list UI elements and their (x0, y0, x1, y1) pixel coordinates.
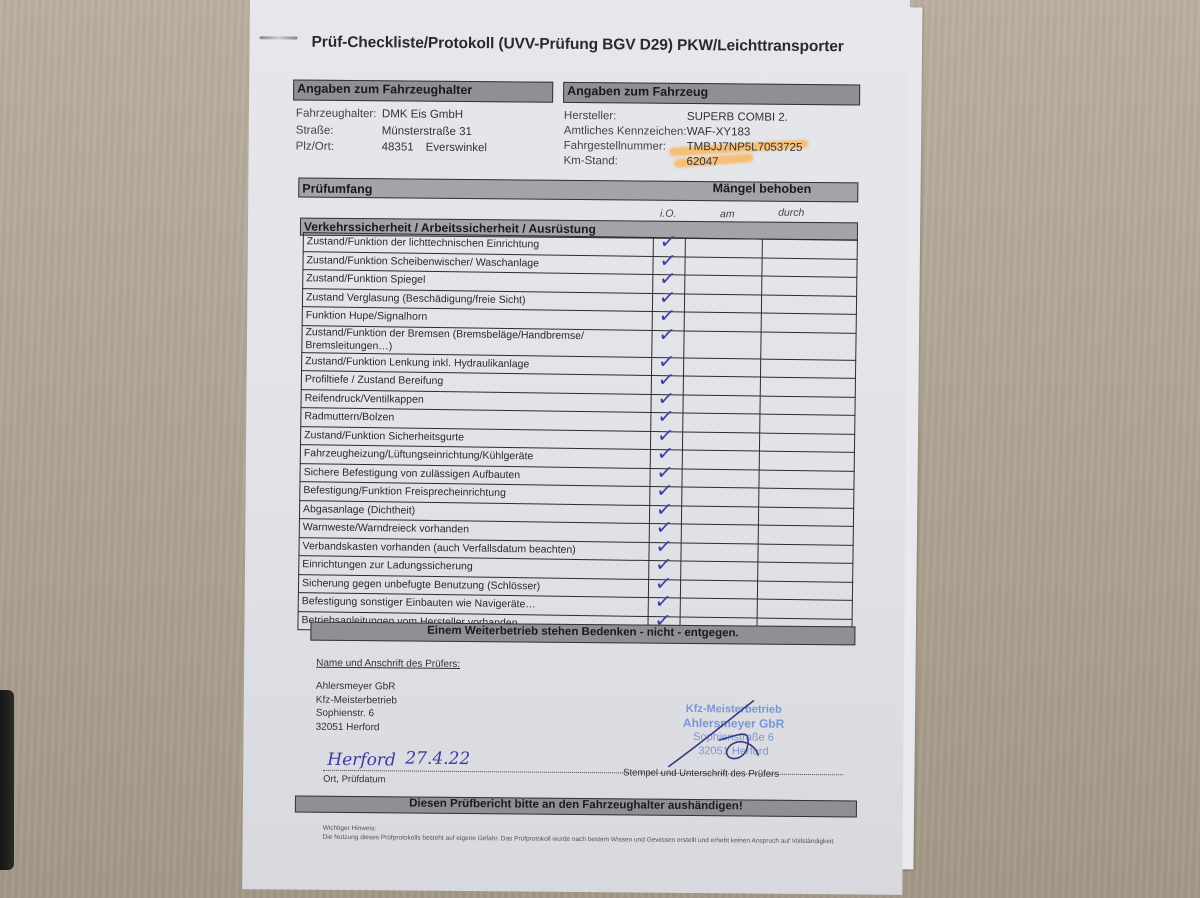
fixed-on-cell[interactable] (684, 312, 761, 332)
fixed-by-cell[interactable] (757, 599, 852, 619)
handwritten-place: Herford (327, 750, 396, 771)
mileage-field: Km-Stand:62047 (563, 155, 718, 168)
fixed-by-cell[interactable] (759, 488, 854, 508)
fixed-by-cell[interactable] (758, 525, 853, 545)
fixed-on-cell[interactable] (685, 275, 762, 295)
fixed-by-cell[interactable] (762, 295, 857, 315)
signature-scribble (658, 695, 779, 776)
license-plate-field: Amtliches Kennzeichen:WAF-XY183 (564, 125, 751, 139)
fixed-by-cell[interactable] (759, 507, 854, 527)
fixed-by-cell[interactable] (760, 451, 855, 471)
scope-heading-bar: Prüfumfang Mängel behoben (298, 178, 858, 203)
dark-object-edge (0, 690, 14, 870)
fixed-by-cell[interactable] (762, 239, 857, 259)
place-date-label: Ort, Prüfdatum (323, 774, 385, 786)
fixed-on-cell[interactable] (685, 256, 762, 276)
fixed-on-cell[interactable] (681, 542, 758, 562)
checklist-table: Zustand/Funktion der lichttechnischen Ei… (297, 232, 858, 638)
col-am: am (720, 208, 735, 220)
fixed-on-cell[interactable] (681, 579, 758, 599)
inspection-checklist-sheet: Prüf-Checkliste/Protokoll (UVV-Prüfung B… (242, 0, 910, 895)
fixed-on-cell[interactable] (683, 431, 760, 451)
signature-label: Stempel und Unterschrift des Prüfers (623, 767, 779, 779)
fixed-on-cell[interactable] (682, 468, 759, 488)
footnote: Wichtiger Hinweis: Die Nutzung dieses Pr… (323, 824, 853, 847)
handwritten-date: 27.4.22 (405, 749, 470, 770)
inspector-heading: Name und Anschrift des Prüfers: (316, 658, 460, 670)
fixed-on-cell[interactable] (682, 505, 759, 525)
col-durch: durch (778, 207, 804, 219)
fixed-on-cell[interactable] (682, 450, 759, 470)
fixed-on-cell[interactable] (682, 487, 759, 507)
checklist-item-label: Zustand/Funktion der Bremsen (Bremsbeläg… (302, 325, 652, 357)
holder-field: Fahrzeughalter:DMK Eis GmbH (296, 108, 463, 121)
fixed-by-cell[interactable] (758, 581, 853, 601)
holder-section-heading: Angaben zum Fahrzeughalter (293, 80, 553, 103)
fixed-by-cell[interactable] (761, 377, 856, 397)
checkmark-icon: ✓ (658, 327, 676, 342)
manufacturer-field: Hersteller:SUPERB COMBI 2. (564, 110, 788, 124)
staple-icon (260, 36, 298, 39)
fixed-by-cell[interactable] (762, 258, 857, 278)
fixed-by-cell[interactable] (759, 470, 854, 490)
fixed-on-cell[interactable] (685, 238, 762, 258)
defects-fixed-heading: Mängel behoben (713, 181, 812, 196)
fixed-by-cell[interactable] (761, 332, 856, 360)
vehicle-section-heading: Angaben zum Fahrzeug (563, 82, 860, 106)
fixed-on-cell[interactable] (683, 394, 760, 414)
fixed-by-cell[interactable] (760, 414, 855, 434)
fixed-on-cell[interactable] (685, 293, 762, 313)
fixed-by-cell[interactable] (761, 313, 856, 333)
verdict-bar: Einem Weiterbetrieb stehen Bedenken - ni… (310, 622, 855, 646)
fixed-on-cell[interactable] (684, 357, 761, 377)
zip-city-field: Plz/Ort:48351Everswinkel (296, 141, 487, 155)
street-field: Straße:Münsterstraße 31 (296, 125, 472, 139)
fixed-by-cell[interactable] (760, 396, 855, 416)
fixed-by-cell[interactable] (758, 562, 853, 582)
fixed-by-cell[interactable] (762, 276, 857, 296)
fixed-by-cell[interactable] (761, 359, 856, 379)
fixed-by-cell[interactable] (758, 544, 853, 564)
handover-notice-bar: Diesen Prüfbericht bitte an den Fahrzeug… (295, 796, 857, 818)
col-io: i.O. (660, 208, 676, 220)
fixed-on-cell[interactable] (681, 524, 758, 544)
fixed-on-cell[interactable] (683, 413, 760, 433)
fixed-by-cell[interactable] (760, 433, 855, 453)
inspector-address: Ahlersmeyer GbR Kfz-Meisterbetrieb Sophi… (316, 680, 398, 735)
document-title: Prüf-Checkliste/Protokoll (UVV-Prüfung B… (311, 34, 843, 57)
fixed-on-cell[interactable] (680, 598, 757, 618)
vin-field: Fahrgestellnummer:TMBJJ7NP5L7053725 (564, 140, 803, 154)
fixed-on-cell[interactable] (683, 376, 760, 396)
fixed-on-cell[interactable] (681, 561, 758, 581)
fixed-on-cell[interactable] (684, 330, 761, 358)
